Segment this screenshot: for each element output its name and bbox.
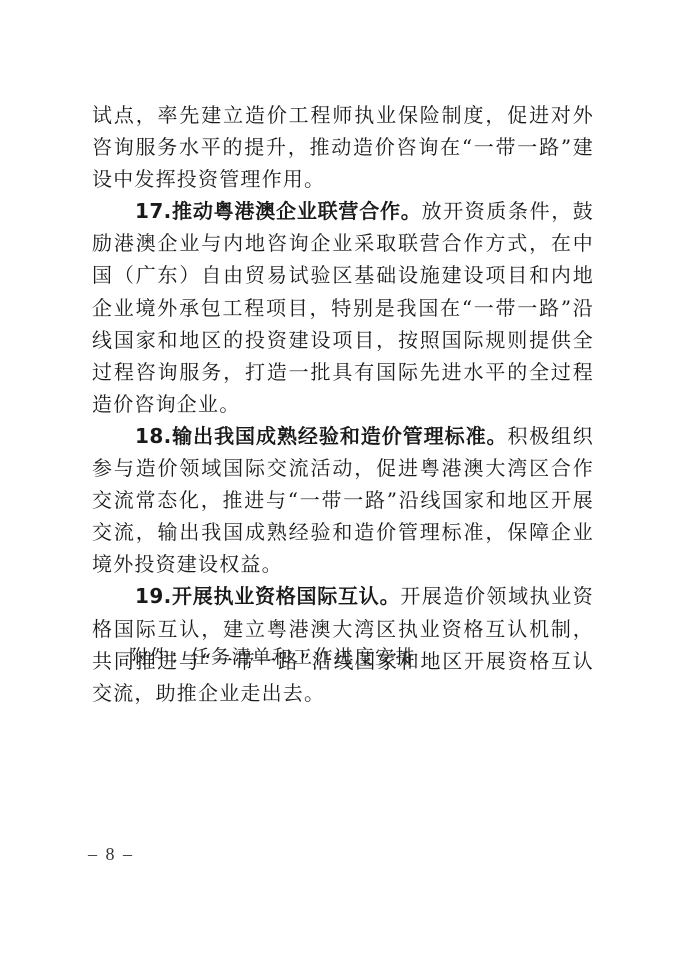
paragraph-item-17: 17.推动粤港澳企业联营合作。放开资质条件，鼓励港澳企业与内地咨询企业采取联营合… (92, 195, 594, 420)
paragraph-text: 试点，率先建立造价工程师执业保险制度，促进对外咨询服务水平的提升，推动造价咨询在… (92, 103, 594, 191)
item-19-heading: 19.开展执业资格国际互认。 (135, 584, 400, 608)
paragraph-item-18: 18.输出我国成熟经验和造价管理标准。积极组织参与造价领域国际交流活动，促进粤港… (92, 420, 594, 580)
document-page: 试点，率先建立造价工程师执业保险制度，促进对外咨询服务水平的提升，推动造价咨询在… (0, 0, 680, 962)
item-18-heading: 18.输出我国成熟经验和造价管理标准。 (135, 424, 508, 448)
attachment-note: 附件：任务清单和工作进度安排 (129, 642, 416, 669)
item-17-text: 放开资质条件，鼓励港澳企业与内地咨询企业采取联营合作方式，在中国（广东）自由贸易… (92, 199, 594, 416)
page-number: – 8 – (88, 844, 134, 865)
item-17-heading: 17.推动粤港澳企业联营合作。 (135, 199, 422, 223)
document-body: 试点，率先建立造价工程师执业保险制度，促进对外咨询服务水平的提升，推动造价咨询在… (92, 99, 594, 709)
paragraph-intro-continuation: 试点，率先建立造价工程师执业保险制度，促进对外咨询服务水平的提升，推动造价咨询在… (92, 99, 594, 195)
